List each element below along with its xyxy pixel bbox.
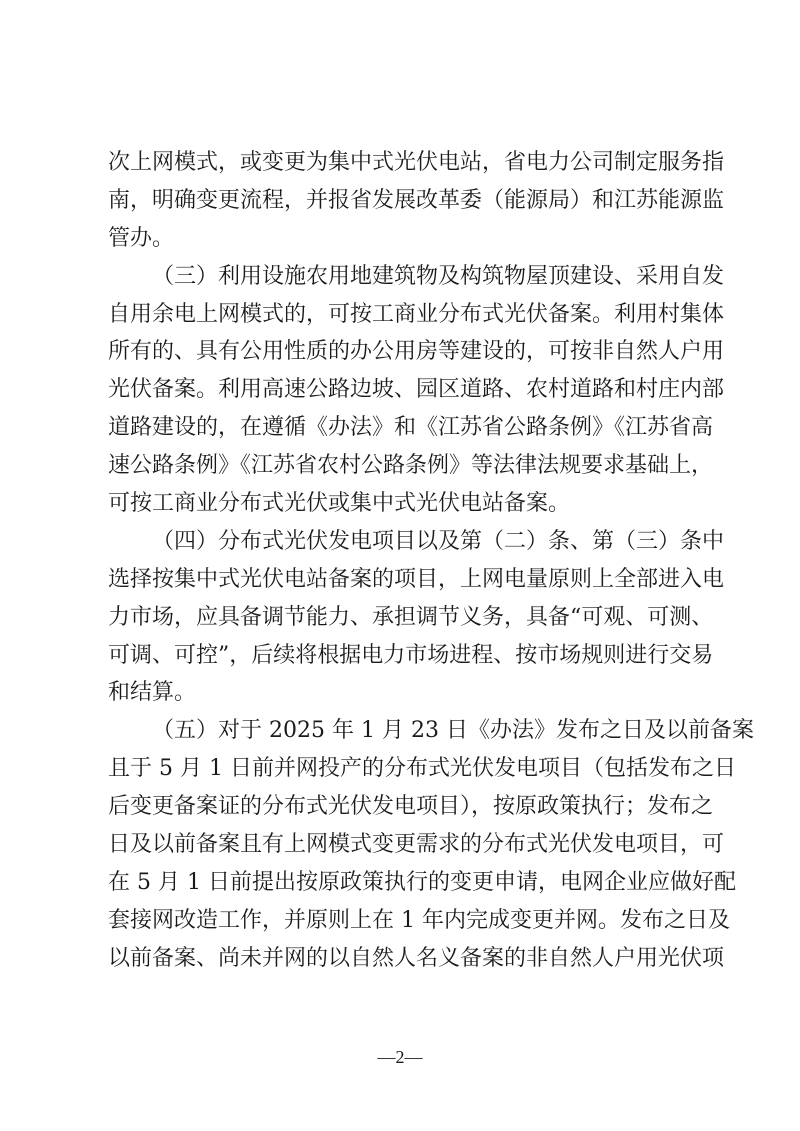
- text-line: 和结算。: [108, 674, 700, 712]
- text-line: 所有的、具有公用性质的办公用房等建设的，可按非自然人户用: [108, 333, 700, 371]
- text-line: 套接网改造工作，并原则上在 1 年内完成变更并网。发布之日及: [108, 902, 700, 940]
- paragraph-item-3: （三）利用设施农用地建筑物及构筑物屋顶建设、采用自发 自用余电上网模式的，可按工…: [108, 258, 700, 523]
- document-body: 次上网模式，或变更为集中式光伏电站，省电力公司制定服务指 南，明确变更流程，并报…: [108, 144, 700, 978]
- paragraph-item-4: （四）分布式光伏发电项目以及第（二）条、第（三）条中 选择按集中式光伏电站备案的…: [108, 523, 700, 712]
- text-line: 光伏备案。利用高速公路边坡、园区道路、农村道路和村庄内部: [108, 371, 700, 409]
- text-line: 自用余电上网模式的，可按工商业分布式光伏备案。利用村集体: [108, 296, 700, 334]
- text-line: （三）利用设施农用地建筑物及构筑物屋顶建设、采用自发: [108, 258, 700, 296]
- text-line: 以前备案、尚未并网的以自然人名义备案的非自然人户用光伏项: [108, 940, 700, 978]
- text-line: 在 5 月 1 日前提出按原政策执行的变更申请，电网企业应做好配: [108, 864, 700, 902]
- document-page: 次上网模式，或变更为集中式光伏电站，省电力公司制定服务指 南，明确变更流程，并报…: [0, 0, 800, 1131]
- page-number: —2—: [0, 1047, 800, 1068]
- text-line: 次上网模式，或变更为集中式光伏电站，省电力公司制定服务指: [108, 144, 700, 182]
- text-line: 后变更备案证的分布式光伏发电项目），按原政策执行；发布之: [108, 788, 700, 826]
- text-line: 力市场，应具备调节能力、承担调节义务，具备“可观、可测、: [108, 599, 700, 637]
- text-line: 且于 5 月 1 日前并网投产的分布式光伏发电项目（包括发布之日: [108, 750, 700, 788]
- text-line: 南，明确变更流程，并报省发展改革委（能源局）和江苏能源监: [108, 182, 700, 220]
- text-line: 选择按集中式光伏电站备案的项目，上网电量原则上全部进入电: [108, 561, 700, 599]
- text-line: 可按工商业分布式光伏或集中式光伏电站备案。: [108, 485, 700, 523]
- text-line: 管办。: [108, 220, 700, 258]
- paragraph-continuation: 次上网模式，或变更为集中式光伏电站，省电力公司制定服务指 南，明确变更流程，并报…: [108, 144, 700, 258]
- text-line: 道路建设的，在遵循《办法》和《江苏省公路条例》《江苏省高: [108, 409, 700, 447]
- text-line: 可调、可控”，后续将根据电力市场进程、按市场规则进行交易: [108, 637, 700, 675]
- text-line: （五）对于 2025 年 1 月 23 日《办法》发布之日及以前备案: [108, 712, 700, 750]
- text-line: （四）分布式光伏发电项目以及第（二）条、第（三）条中: [108, 523, 700, 561]
- paragraph-item-5: （五）对于 2025 年 1 月 23 日《办法》发布之日及以前备案 且于 5 …: [108, 712, 700, 977]
- text-line: 速公路条例》《江苏省农村公路条例》等法律法规要求基础上，: [108, 447, 700, 485]
- text-line: 日及以前备案且有上网模式变更需求的分布式光伏发电项目，可: [108, 826, 700, 864]
